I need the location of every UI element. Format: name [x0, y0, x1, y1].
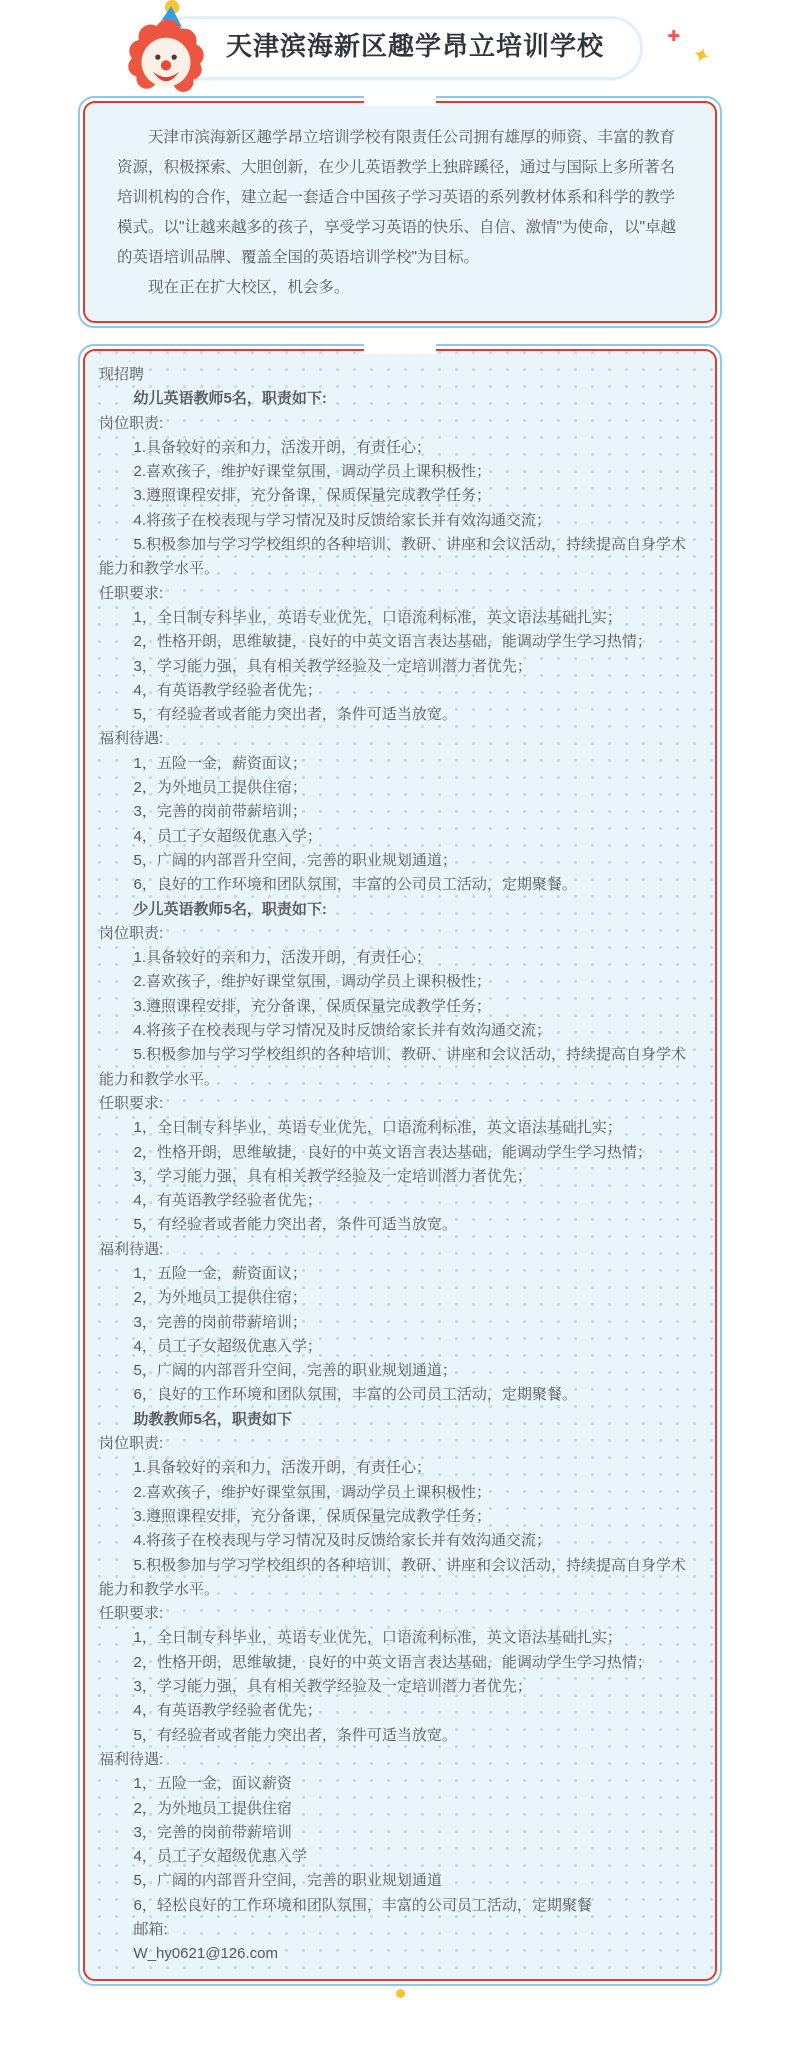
duty-item: 3.遵照课程安排，充分备课，保质保量完成教学任务；: [99, 995, 699, 1019]
requirement-item: 5，有经验者或者能力突出者，条件可适当放宽。: [99, 703, 699, 727]
requirement-item: 3，学习能力强，具有相关教学经验及一定培训潜力者优先；: [99, 1165, 699, 1189]
benefit-item: 2，为外地员工提供住宿: [99, 1797, 699, 1821]
duty-item: 4.将孩子在校表现与学习情况及时反馈给家长并有效沟通交流；: [99, 1529, 699, 1553]
benefit-item: 5，广阔的内部晋升空间，完善的职业规划通道: [99, 1869, 699, 1893]
card-top-notch: [364, 343, 436, 354]
requirement-item: 4，有英语教学经验者优先；: [99, 679, 699, 703]
benefit-item: 5，广阔的内部晋升空间，完善的职业规划通道；: [99, 849, 699, 873]
recruitment-heading: 现招聘: [99, 363, 699, 387]
duty-item: 1.具备较好的亲和力，活泼开朗，有责任心；: [99, 1456, 699, 1480]
duty-item: 1.具备较好的亲和力，活泼开朗，有责任心；: [99, 946, 699, 970]
benefit-item: 4，员工子女超级优惠入学；: [99, 825, 699, 849]
duties-label: 岗位职责:: [99, 922, 699, 946]
email-label: 邮箱:: [99, 1918, 699, 1942]
duty-item: 1.具备较好的亲和力，活泼开朗，有责任心；: [99, 436, 699, 460]
school-title: 天津滨海新区趣学昂立培训学校: [226, 29, 604, 63]
position-title: 幼儿英语教师5名，职责如下:: [99, 387, 699, 411]
header: 天津滨海新区趣学昂立培训学校 ✚ ✦: [0, 16, 800, 80]
duties-label: 岗位职责:: [99, 412, 699, 436]
requirement-item: 4，有英语教学经验者优先；: [99, 1189, 699, 1213]
email-text: W_hy0621@126.com: [99, 1942, 699, 1966]
requirement-item: 3，学习能力强，具有相关教学经验及一定培训潜力者优先；: [99, 655, 699, 679]
benefit-item: 3，完善的岗前带薪培训: [99, 1821, 699, 1845]
benefits-label: 福利待遇:: [99, 1238, 699, 1262]
position-title: 少儿英语教师5名，职责如下:: [99, 898, 699, 922]
recruitment-card: 现招聘 幼儿英语教师5名，职责如下: 岗位职责: 1.具备较好的亲和力，活泼开朗…: [78, 344, 722, 1986]
benefit-item: 3，完善的岗前带薪培训；: [99, 800, 699, 824]
benefit-item: 6，良好的工作环境和团队氛围，丰富的公司员工活动，定期聚餐。: [99, 873, 699, 897]
requirements-label: 任职要求:: [99, 1602, 699, 1626]
duty-item: 3.遵照课程安排，充分备课，保质保量完成教学任务；: [99, 1505, 699, 1529]
duty-item: 2.喜欢孩子，维护好课堂氛围，调动学员上课积极性；: [99, 460, 699, 484]
benefit-item: 1，五险一金，薪资面议；: [99, 1262, 699, 1286]
requirement-item: 1，全日制专科毕业，英语专业优先，口语流利标准，英文语法基础扎实；: [99, 1626, 699, 1650]
duty-item: 2.喜欢孩子，维护好课堂氛围，调动学员上课积极性；: [99, 970, 699, 994]
requirements-label: 任职要求:: [99, 582, 699, 606]
benefit-item: 6，轻松良好的工作环境和团队氛围，丰富的公司员工活动，定期聚餐: [99, 1894, 699, 1918]
requirement-item: 2，性格开朗，思维敏捷，良好的中英文语言表达基础，能调动学生学习热情；: [99, 1651, 699, 1675]
requirement-item: 1，全日制专科毕业，英语专业优先，口语流利标准，英文语法基础扎实；: [99, 606, 699, 630]
requirement-item: 5，有经验者或者能力突出者，条件可适当放宽。: [99, 1724, 699, 1748]
requirement-item: 4，有英语教学经验者优先；: [99, 1699, 699, 1723]
sparkle-star-icon: ✦: [688, 41, 714, 71]
duty-item: 5.积极参加与学习学校组织的各种培训、教研、讲座和会议活动，持续提高自身学术能力…: [99, 1043, 699, 1092]
benefits-label: 福利待遇:: [99, 727, 699, 751]
clown-icon: [122, 0, 210, 99]
benefit-item: 4，员工子女超级优惠入学；: [99, 1335, 699, 1359]
requirement-item: 5，有经验者或者能力突出者，条件可适当放宽。: [99, 1213, 699, 1237]
requirement-item: 2，性格开朗，思维敏捷，良好的中英文语言表达基础，能调动学生学习热情；: [99, 1141, 699, 1165]
position-title: 助教教师5名，职责如下: [99, 1408, 699, 1432]
sparkle-plus-icon: ✚: [667, 27, 680, 45]
duty-item: 5.积极参加与学习学校组织的各种培训、教研、讲座和会议活动，持续提高自身学术能力…: [99, 1554, 699, 1603]
benefit-item: 1，五险一金，面议薪资: [99, 1772, 699, 1796]
duty-item: 5.积极参加与学习学校组织的各种培训、教研、讲座和会议活动，持续提高自身学术能力…: [99, 533, 699, 582]
article-page: 天津滨海新区趣学昂立培训学校 ✚ ✦ 天津市滨海新区趣学昂立培训学校有限责任公司…: [0, 0, 800, 1998]
intro-paragraph: 现在正在扩大校区，机会多。: [117, 273, 685, 303]
requirement-item: 2，性格开朗，思维敏捷，良好的中英文语言表达基础，能调动学生学习热情；: [99, 630, 699, 654]
benefit-item: 2，为外地员工提供住宿；: [99, 1286, 699, 1310]
intro-paragraph: 天津市滨海新区趣学昂立培训学校有限责任公司拥有雄厚的师资、丰富的教育资源，积极探…: [117, 123, 685, 273]
requirement-item: 3，学习能力强，具有相关教学经验及一定培训潜力者优先；: [99, 1675, 699, 1699]
benefit-item: 5，广阔的内部晋升空间，完善的职业规划通道；: [99, 1359, 699, 1383]
requirement-item: 1，全日制专科毕业，英语专业优先，口语流利标准，英文语法基础扎实；: [99, 1116, 699, 1140]
duty-item: 2.喜欢孩子，维护好课堂氛围，调动学员上课积极性；: [99, 1481, 699, 1505]
intro-card: 天津市滨海新区趣学昂立培训学校有限责任公司拥有雄厚的师资、丰富的教育资源，积极探…: [78, 96, 722, 328]
recruitment-card-body: 现招聘 幼儿英语教师5名，职责如下: 岗位职责: 1.具备较好的亲和力，活泼开朗…: [83, 349, 717, 1981]
duty-item: 4.将孩子在校表现与学习情况及时反馈给家长并有效沟通交流；: [99, 509, 699, 533]
benefits-label: 福利待遇:: [99, 1748, 699, 1772]
school-title-pill: 天津滨海新区趣学昂立培训学校 ✚ ✦: [157, 16, 643, 80]
intro-card-body: 天津市滨海新区趣学昂立培训学校有限责任公司拥有雄厚的师资、丰富的教育资源，积极探…: [83, 101, 717, 323]
duty-item: 4.将孩子在校表现与学习情况及时反馈给家长并有效沟通交流；: [99, 1019, 699, 1043]
benefit-item: 1，五险一金，薪资面议；: [99, 752, 699, 776]
duty-item: 3.遵照课程安排，充分备课，保质保量完成教学任务；: [99, 484, 699, 508]
card-top-notch: [364, 95, 436, 106]
duties-label: 岗位职责:: [99, 1432, 699, 1456]
benefit-item: 3，完善的岗前带薪培训；: [99, 1311, 699, 1335]
benefit-item: 2，为外地员工提供住宿；: [99, 776, 699, 800]
footer-dot-decoration: [396, 1989, 405, 1998]
benefit-item: 4，员工子女超级优惠入学: [99, 1845, 699, 1869]
benefit-item: 6，良好的工作环境和团队氛围，丰富的公司员工活动，定期聚餐。: [99, 1383, 699, 1407]
requirements-label: 任职要求:: [99, 1092, 699, 1116]
